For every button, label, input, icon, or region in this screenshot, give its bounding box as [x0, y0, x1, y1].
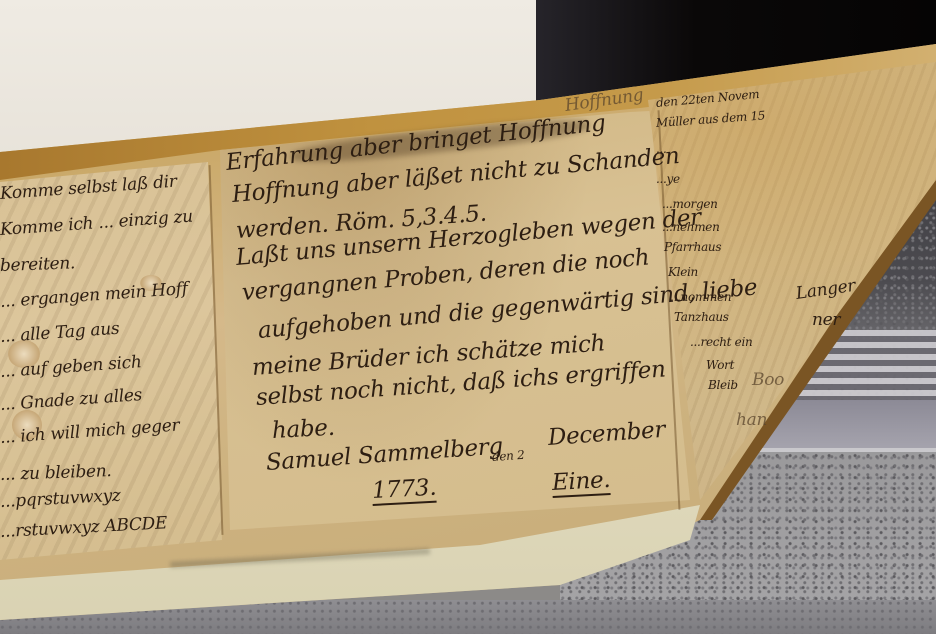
right-text-line: han: [736, 410, 767, 430]
left-text-line: bereiten.: [0, 253, 75, 276]
manuscript-photo: Hoffnung Erfahrung aber bringet Hoffnung…: [0, 0, 936, 634]
right-text-line: Bleib: [708, 378, 738, 392]
right-text-line: ner: [812, 310, 840, 330]
closing-word: Eine.: [551, 467, 611, 498]
right-text-line: Boo: [752, 370, 784, 390]
right-text-line: ...ye: [656, 172, 680, 186]
right-text-line: Tanzhaus: [674, 310, 729, 324]
right-text-line: ...nommen: [670, 290, 731, 304]
right-text-line: ...nehmen: [662, 220, 720, 234]
right-text-line: Klein: [668, 265, 698, 279]
left-text-line: ... zu bleiben.: [0, 461, 112, 485]
date-year: 1773.: [371, 475, 437, 506]
right-text-line: Pfarrhaus: [664, 240, 721, 254]
right-text-line: ...recht ein: [690, 335, 752, 349]
right-text-line: ...: [656, 142, 667, 156]
right-text-line: Wort: [706, 358, 734, 372]
right-text-line: ...morgen: [662, 197, 718, 211]
text-line: habe.: [271, 415, 335, 444]
step-edge: [740, 448, 936, 452]
date-prefix: den 2: [492, 448, 525, 464]
